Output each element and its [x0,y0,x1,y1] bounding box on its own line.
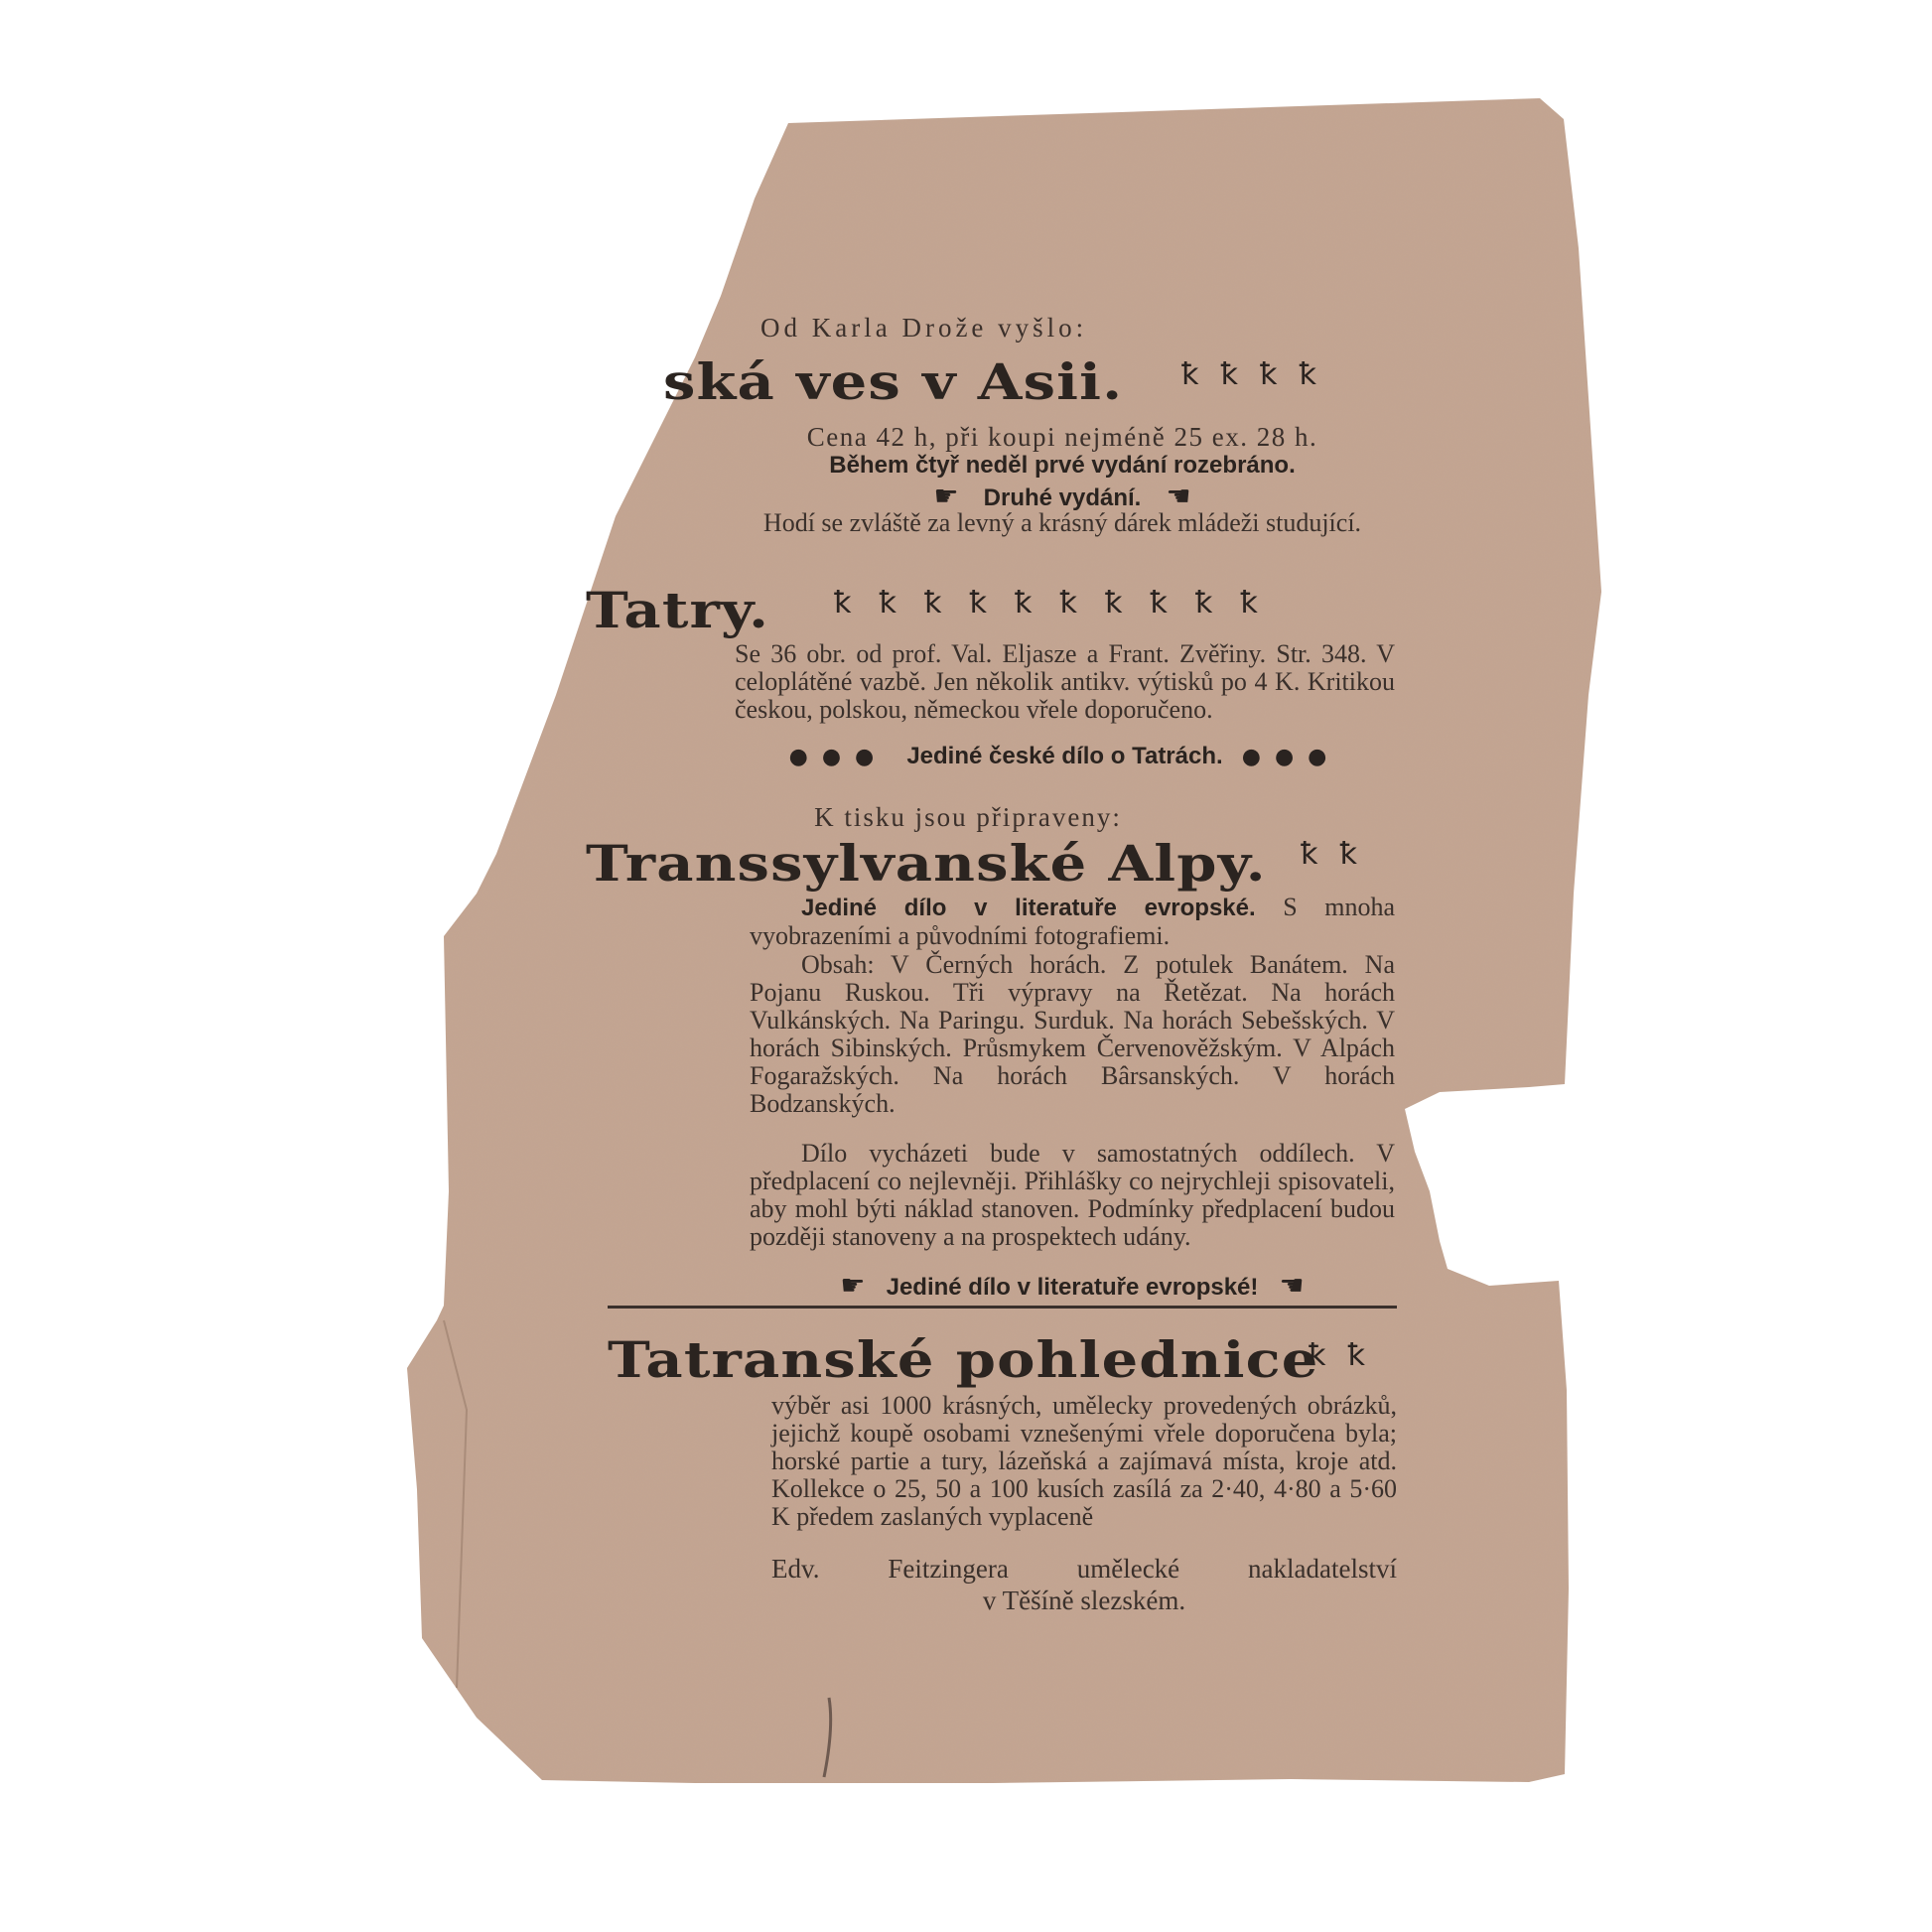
prepared-heading: K tisku jsou připraveny: [735,802,1201,833]
price-line: Cena 42 h, při koupi nejméně 25 ex. 28 h… [764,422,1360,453]
alps-lead-bold: Jediné dílo v literatuře evropské. [801,895,1256,921]
alps-publishing-info: Dílo vycházeti bude v samostatných oddíl… [750,1140,1395,1251]
fleuron-ornament: ꝁꝁ [1301,837,1379,872]
section-title-alps: Transsylvanské Alpy. [586,834,1267,893]
bullet-dots-icon: ●●● [1242,745,1341,769]
sold-out-line: Během čtyř neděl prvé vydání rozebráno. [764,452,1360,480]
intro-line: Od Karla Drože vyšlo: [760,313,1087,344]
tatry-unique-line: ●●● Jediné české dílo o Tatrách. ●●● [735,743,1395,770]
section-title-asie: ská ves v Asii. [663,352,1123,411]
fleuron-ornament: ꝁꝁꝁꝁ [1181,357,1338,392]
pointing-hand-right-icon: ☛ [840,1269,865,1302]
section-title-tatry: Tatry. [586,581,769,639]
section-title-postcards: Tatranské pohlednice [608,1330,1319,1389]
pointing-hand-left-icon: ☚ [1280,1269,1305,1302]
alps-lead: Jediné dílo v literatuře evropské. S mno… [750,894,1395,950]
publisher-place: v Těšíně slezském. [771,1587,1397,1614]
alps-contents: Obsah: V Černých horách. Z potulek Banát… [750,951,1395,1118]
section-divider [608,1306,1397,1309]
fleuron-ornament-row: ꝁꝁꝁꝁꝁꝁꝁꝁꝁꝁ [834,586,1286,621]
alps-unique-line: ☛ Jediné dílo v literatuře evropské! ☚ [750,1269,1395,1302]
publisher-name: Edv. Feitzingera umělecké nakladatelství [771,1555,1397,1583]
second-edition-label: Druhé vydání. [984,484,1142,511]
postcards-description: výběr asi 1000 krásných, umělecky proved… [771,1392,1397,1531]
tatry-unique-label: Jediné české dílo o Tatrách. [906,743,1222,769]
alps-unique-label: Jediné dílo v literatuře evropské! [887,1274,1259,1301]
bullet-dots-icon: ●●● [789,745,889,769]
tatry-description: Se 36 obr. od prof. Val. Eljasze a Frant… [735,640,1395,724]
fleuron-ornament: ꝁꝁ [1309,1338,1387,1373]
gift-recommendation: Hodí se zvláště za levný a krásný dárek … [730,509,1395,537]
